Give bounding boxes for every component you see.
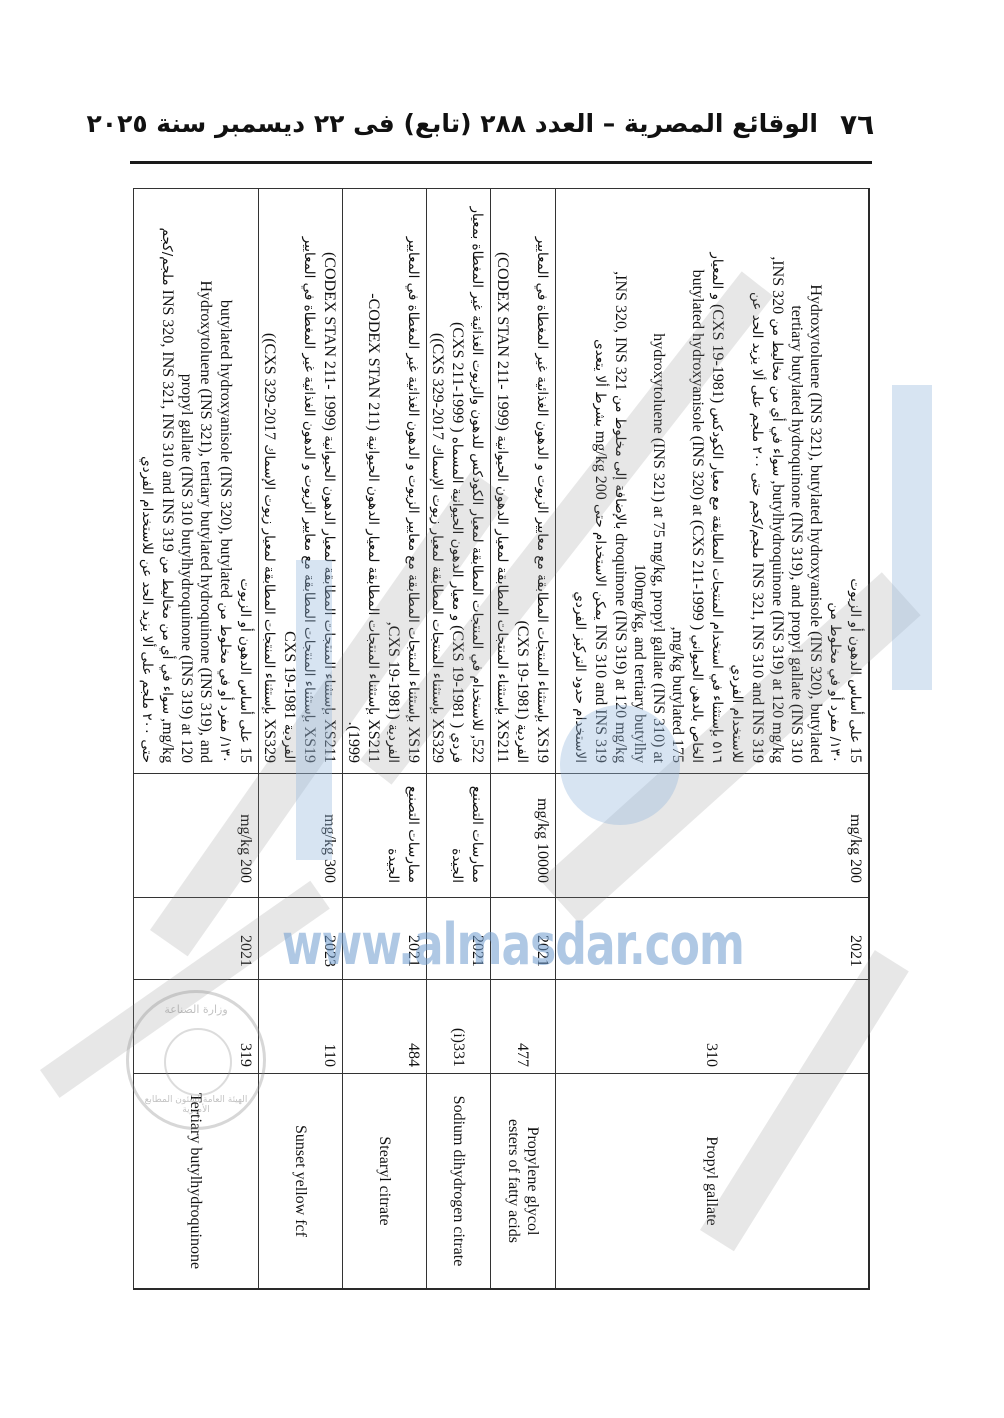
year: 2021 (533, 904, 552, 967)
ins-number: 319 (236, 986, 255, 1067)
note-line: XS329 بإستثناء المنتجات المطابقة لمعيار … (427, 195, 447, 763)
note-line: droquinone (INS 319) at 120 mg/kg بالإضا… (610, 195, 630, 763)
additive-name: Sunset yellow fcf (291, 1080, 310, 1282)
arabic-run: بإستثناء المنتجات المطابقة لمعيار الدهون… (494, 431, 510, 715)
arabic-run: و معيار الدهون الحيوانية المسماه (449, 433, 465, 622)
max-level: 200 mg/kg (236, 780, 255, 883)
max-level-cell: ممارسات التصنيعالجيدة (342, 773, 426, 897)
arabic-run: الاستخدام حدود التركيز الفردي (572, 591, 588, 763)
max-level-cell: ممارسات التصنيعالجيدة (426, 773, 490, 897)
year-cell: 2021 (490, 897, 555, 979)
max-level: ممارسات التصنيع (403, 780, 423, 883)
note-line: XS19 بإستثناء المنتجات المطابقة مع معايي… (403, 195, 423, 763)
arabic-run: للاستخدام الفردي (729, 665, 745, 763)
notes-cell: XS19 بإستثناء المنتجات المطابقة مع معايي… (490, 188, 555, 773)
page-number: ٧٦ (840, 108, 874, 141)
additive-name: esters of fatty acids (504, 1080, 523, 1282)
note-line: XS211 بإستثناء المنتجات المطابقة لمعيار … (319, 195, 339, 763)
arabic-run: ممارسات التصنيع (469, 786, 485, 883)
max-level-cell: 300 mg/kg (258, 773, 342, 897)
note-line: الخاص بالدهن الحيواني ( CXS 211-1999) bu… (687, 195, 707, 763)
note-line: XS211 بإستثناء المنتجات المطابقة لمعيار … (363, 195, 383, 763)
year-cell: 2023 (258, 897, 342, 979)
additive-name: Sodium dihydrogen citrate (449, 1080, 468, 1282)
note-line: tertiary butylated hydroquinone (INS 319… (787, 195, 806, 763)
note-line: hydroxytoluene (INS 321) at 75 mg/kg, pr… (649, 195, 668, 763)
note-line: Hydroxytoluene (INS 321), tertiary butyl… (196, 195, 215, 763)
arabic-run: بإستثناء المنتجات المطابقة لمعيار الدهون… (365, 431, 381, 715)
year: 2021 (846, 904, 865, 967)
arabic-run: بإستثناء المنتجات المطابقة لمعيار زيوت ا… (429, 440, 445, 715)
year: 2021 (404, 904, 423, 967)
food-additives-table: Propyl gallate 310 2021 200 mg/kg 15 على… (133, 188, 870, 1290)
notes-cell: 15 على أساس الدهون أو الزيوت١٣٠/ مفرد أو… (555, 188, 868, 773)
notes-cell: 15 على أساس الدهون أو الزيوت١٣٠/ مفرد أو… (133, 188, 258, 773)
ins-number-cell: 484 (342, 979, 426, 1073)
ins-number: 484 (404, 986, 423, 1067)
ins-number-cell: 110 (258, 979, 342, 1073)
max-level-cell: 200 mg/kg (133, 773, 258, 897)
year-cell: 2021 (342, 897, 426, 979)
arabic-run: بإستثناء المنتجات المطابقة مع معايير الز… (301, 237, 317, 723)
note-line: INS 310 and INS 319 يمكن الاستخدام حتى 2… (590, 195, 610, 763)
note-line: XS19 بإستثناء المنتجات المطابقة مع معايي… (532, 195, 552, 763)
additive-name-cell: Propyl gallate (555, 1073, 868, 1288)
note-line: XS211 بإستثناء المنتجات المطابقة لمعيار … (492, 195, 512, 763)
arabic-run: بإستثناء المنتجات المطابقة مع معايير الز… (405, 237, 421, 723)
max-level: 300 mg/kg (320, 780, 339, 883)
year: 2021 (236, 904, 255, 967)
additive-name: Tertiary butylhydroquinone (187, 1080, 206, 1282)
additive-name-cell: Tertiary butylhydroquinone (133, 1073, 258, 1288)
note-line: 15 على أساس الدهون أو الزيوت (845, 195, 865, 763)
note-line: mg/kg, سواء في أي من مخاليط من INS 320, … (157, 195, 177, 763)
arabic-run: على أساس الدهون أو الزيوت (237, 578, 253, 743)
note-line: ٥١٦ بإستثناء في استخدام المنتجات المطابق… (707, 195, 727, 763)
additive-name-cell: Propylene glycolesters of fatty acids (490, 1073, 555, 1288)
arabic-run: الخاص بالدهن الحيواني (689, 630, 705, 763)
arabic-run: الجيدة (385, 848, 401, 883)
rotated-table-container: Propyl gallate 310 2021 200 mg/kg 15 على… (133, 188, 870, 1290)
watermark-block (892, 385, 932, 690)
ins-number: 310 (703, 986, 722, 1067)
note-line: 100mg/kg, and tertiary butylhy (630, 195, 649, 763)
arabic-run: يمكن الاستخدام حتى (592, 500, 608, 621)
arabic-run: ١٣٠/ مفرد أو في مخلوط من (827, 602, 843, 763)
max-level-cell: 10000 mg/kg (490, 773, 555, 897)
arabic-run: الجيدة (449, 848, 465, 883)
note-line: فردي ( CXS 19-1981) و معيار الدهون الحيو… (447, 195, 467, 763)
max-level: الجيدة (383, 780, 403, 883)
note-line: propyl gallate (INS 310 butylhydroquinon… (177, 195, 196, 763)
note-line: butylhydroquinone (INS 319) at 120 mg/kg… (767, 195, 787, 763)
note-line: XS19 بإستثناء المنتجات المطابقة مع معايي… (299, 195, 319, 763)
arabic-run: الفردية (281, 720, 297, 763)
header-rule (130, 161, 872, 164)
year: 2023 (320, 904, 339, 967)
note-line: 522, للاستخدام في المنتجات المطابقة لمعي… (467, 195, 487, 763)
note-line: XS329 بإستثناء المنتجات المطابقة لمعيار … (259, 195, 279, 763)
arabic-run: على أساس الدهون أو الزيوت (847, 578, 863, 743)
max-level: 10000 mg/kg (533, 780, 552, 883)
note-line: 15 على أساس الدهون أو الزيوت (235, 195, 255, 763)
notes-cell: XS211 بإستثناء المنتجات المطابقة لمعيار … (258, 188, 342, 773)
note-line: الفردية CXS 19-1981 (279, 195, 299, 763)
arabic-run: حتى ٢٠٠ ملجم على ألا يزيد الحد عن للاستخ… (139, 456, 155, 763)
arabic-run: ١٣٠/ مفرد أو في مخلوط من (217, 598, 233, 763)
max-level-cell: 200 mg/kg (555, 773, 868, 897)
arabic-run: ٥١٦ بإستثناء في استخدام المنتجات المطابق… (709, 403, 725, 763)
arabic-run: بشرط ألا يتعدى (592, 339, 608, 427)
arabic-run: سواء في أي من مخاليط من (159, 552, 175, 714)
ins-number-cell: 477 (490, 979, 555, 1073)
arabic-run: فردي (449, 728, 465, 763)
arabic-run: ملجم/كجم حتى ٢٠٠ ملجم على ألا يزيد الحد … (749, 292, 765, 559)
ins-number-cell: 310 (555, 979, 868, 1073)
arabic-run: بإستثناء المنتجات المطابقة لمعيار زيوت ا… (261, 440, 277, 715)
year: 2021 (468, 904, 487, 967)
additive-name-cell: Sunset yellow fcf (258, 1073, 342, 1288)
notes-cell: XS19 بإستثناء المنتجات المطابقة مع معايي… (342, 188, 426, 773)
additive-name-cell: Sodium dihydrogen citrate (426, 1073, 490, 1288)
note-line: الفردية (CXS 19-1981) (512, 195, 532, 763)
ins-number-cell: 331(i) (426, 979, 490, 1073)
year-cell: 2021 (133, 897, 258, 979)
arabic-run: بإستثناء المنتجات المطابقة مع معايير الز… (534, 237, 550, 723)
ins-number: 110 (320, 986, 339, 1067)
max-level: ممارسات التصنيع (467, 780, 487, 883)
additive-name: Propyl gallate (703, 1080, 722, 1282)
arabic-run: بإستثناء المنتجات المطابقة لمعيار الدهون… (321, 431, 337, 715)
additive-name-cell: Stearyl citrate (342, 1073, 426, 1288)
arabic-run: ممارسات التصنيع (405, 786, 421, 883)
arabic-run: سواء في أي من مخاليط من (769, 314, 785, 476)
arabic-run: ملجم/كجم (159, 228, 175, 286)
note-line: 1999). (344, 195, 363, 763)
note-line: حتى ٢٠٠ ملجم على ألا يزيد الحد عن للاستخ… (137, 195, 157, 763)
arabic-run: الفردية (514, 720, 530, 763)
max-level: الجيدة (447, 780, 467, 883)
note-line: للاستخدام الفردي (727, 195, 747, 763)
additive-name: Stearyl citrate (375, 1080, 394, 1282)
max-level: 200 mg/kg (846, 780, 865, 883)
year-cell: 2021 (426, 897, 490, 979)
additive-name: Propylene glycol (523, 1080, 542, 1282)
document-page: ٧٦ الوقائع المصرية – العدد ٢٨٨ (تابع) فى… (0, 0, 1004, 1418)
note-line: الاستخدام حدود التركيز الفردي (570, 195, 590, 763)
ins-number: 331(i) (449, 986, 468, 1067)
note-line: 175 mg/kg butylated, (668, 195, 687, 763)
year-cell: 2021 (555, 897, 868, 979)
note-line: INS 321, INS 310 and INS 319 ملجم/كجم حت… (747, 195, 767, 763)
arabic-run: للاستخدام في المنتجات المطابقة لمعيار ال… (469, 206, 485, 731)
arabic-run: بالإضافة إلى مخلوط من (612, 391, 628, 530)
gazette-title: الوقائع المصرية – العدد ٢٨٨ (تابع) فى ٢٢… (87, 109, 818, 138)
note-line: ١٣٠/ مفرد أو في مخلوط من (825, 195, 845, 763)
note-line: Hydroxytoluene (INS 321), butylated hydr… (806, 195, 825, 763)
note-line: ١٣٠/ مفرد أو في مخلوط من butylated hydro… (215, 195, 235, 763)
notes-cell: 522, للاستخدام في المنتجات المطابقة لمعي… (426, 188, 490, 773)
note-line: الفردية (CXS 19-1981, (383, 195, 403, 763)
ins-number-cell: 319 (133, 979, 258, 1073)
arabic-run: و المعيار (709, 252, 725, 300)
ins-number: 477 (514, 986, 533, 1067)
arabic-run: الفردية (385, 720, 401, 763)
